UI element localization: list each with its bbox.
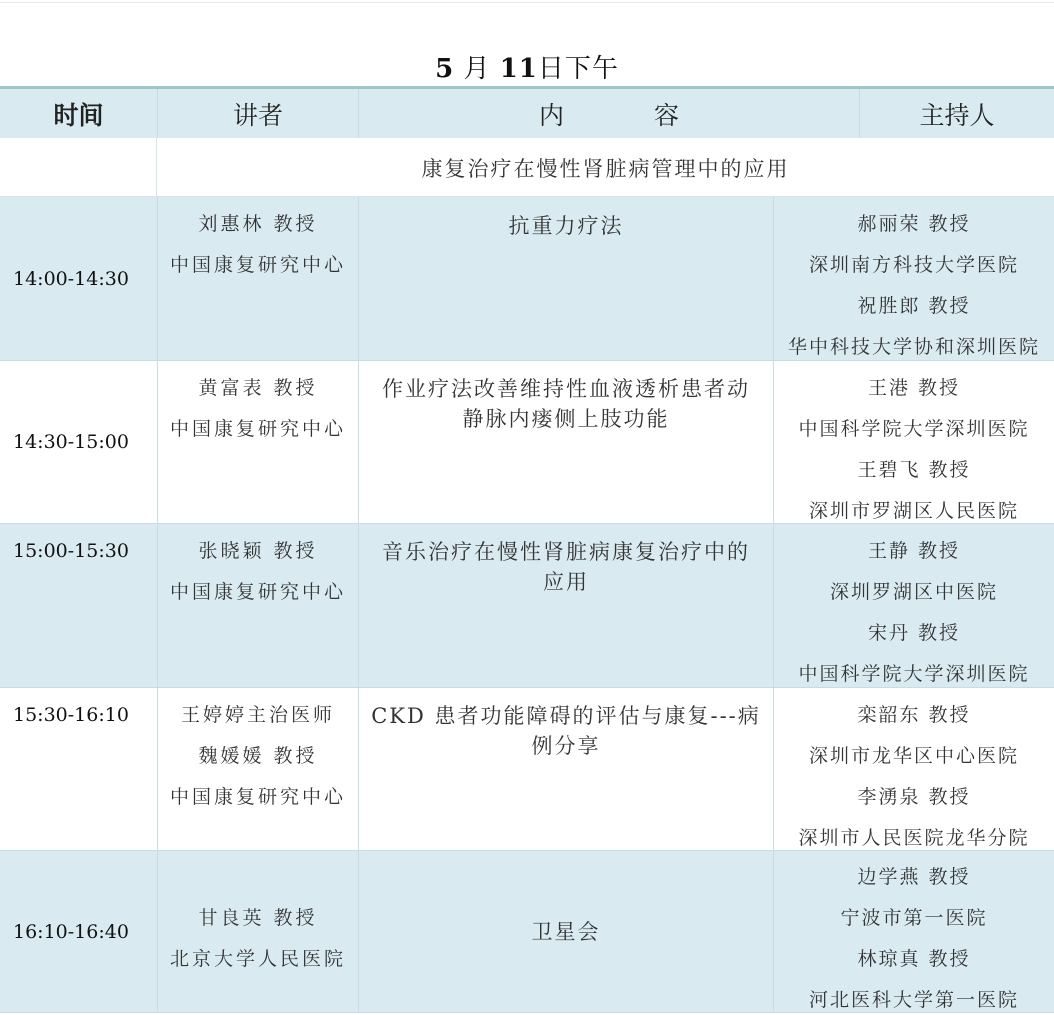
speaker-cell: 张晓颖 教授 中国康复研究中心 xyxy=(157,524,358,687)
header-speaker: 讲者 xyxy=(157,89,358,138)
speaker-line: 刘惠林 教授 xyxy=(158,204,358,245)
schedule-page: 5 月 11日下午 时间 讲者 内容 主持人 康复治疗在慢性肾脏病管理中的应用 … xyxy=(0,0,1054,1015)
table-row: 16:10-16:40 甘良英 教授 北京大学人民医院 卫星会 边学燕 教授 宁… xyxy=(0,851,1054,1013)
table-row: 14:00-14:30 刘惠林 教授 中国康复研究中心 抗重力疗法 郝丽荣 教授… xyxy=(0,197,1054,361)
table-row: 14:30-15:00 黄富表 教授 中国康复研究中心 作业疗法改善维持性血液透… xyxy=(0,361,1054,524)
host-line: 王碧飞 教授 xyxy=(774,450,1054,491)
speaker-line: 魏媛媛 教授 xyxy=(158,736,358,777)
schedule-title: 5 月 11日下午 xyxy=(0,48,1054,85)
content-line: 作业疗法改善维持性血液透析患者动 xyxy=(367,374,765,404)
time-cell: 14:00-14:30 xyxy=(0,197,157,360)
speaker-cell: 王婷婷主治医师 魏媛媛 教授 中国康复研究中心 xyxy=(157,688,358,850)
host-cell: 王港 教授 中国科学院大学深圳医院 王碧飞 教授 深圳市罗湖区人民医院 xyxy=(773,361,1054,523)
title-day-suffix: 日下午 xyxy=(538,54,619,84)
host-line: 祝胜郎 教授 xyxy=(774,286,1054,327)
header-time: 时间 xyxy=(0,89,157,138)
host-line: 王静 教授 xyxy=(774,531,1054,572)
content-line: 音乐治疗在慢性肾脏病康复治疗中的 xyxy=(367,537,765,567)
table-row: 15:00-15:30 张晓颖 教授 中国康复研究中心 音乐治疗在慢性肾脏病康复… xyxy=(0,524,1054,688)
content-line: CKD 患者功能障碍的评估与康复---病 xyxy=(367,701,765,731)
time-cell: 15:30-16:10 xyxy=(0,688,157,850)
time-cell: 15:00-15:30 xyxy=(0,524,157,687)
host-line: 宁波市第一医院 xyxy=(774,898,1054,939)
speaker-line: 张晓颖 教授 xyxy=(158,531,358,572)
content-cell: CKD 患者功能障碍的评估与康复---病 例分享 xyxy=(358,688,773,850)
content-cell: 作业疗法改善维持性血液透析患者动 静脉内瘘侧上肢功能 xyxy=(358,361,773,523)
section-empty-cell xyxy=(0,138,157,197)
time-cell: 14:30-15:00 xyxy=(0,361,157,523)
host-cell: 边学燕 教授 宁波市第一医院 林琼真 教授 河北医科大学第一医院 xyxy=(773,851,1054,1012)
speaker-cell: 黄富表 教授 中国康复研究中心 xyxy=(157,361,358,523)
title-day-number: 11 xyxy=(500,54,538,84)
host-line: 王港 教授 xyxy=(774,368,1054,409)
speaker-line: 黄富表 教授 xyxy=(158,368,358,409)
content-cell: 音乐治疗在慢性肾脏病康复治疗中的 应用 xyxy=(358,524,773,687)
header-content-left: 内 xyxy=(539,96,564,132)
header-content: 内容 xyxy=(358,89,859,138)
table-row: 15:30-16:10 王婷婷主治医师 魏媛媛 教授 中国康复研究中心 CKD … xyxy=(0,688,1054,851)
speaker-line: 北京大学人民医院 xyxy=(158,939,358,980)
header-content-right: 容 xyxy=(654,96,679,132)
content-line: 例分享 xyxy=(367,731,765,761)
host-line: 栾韶东 教授 xyxy=(774,695,1054,736)
speaker-line: 甘良英 教授 xyxy=(158,898,358,939)
speaker-line: 中国康复研究中心 xyxy=(158,409,358,450)
host-cell: 王静 教授 深圳罗湖区中医院 宋丹 教授 中国科学院大学深圳医院 xyxy=(773,524,1054,687)
content-line: 抗重力疗法 xyxy=(367,211,765,241)
top-divider xyxy=(0,2,1054,3)
host-line: 深圳市龙华区中心医院 xyxy=(774,736,1054,777)
host-cell: 郝丽荣 教授 深圳南方科技大学医院 祝胜郎 教授 华中科技大学协和深圳医院 xyxy=(773,197,1054,360)
host-line: 河北医科大学第一医院 xyxy=(774,980,1054,1015)
section-title: 康复治疗在慢性肾脏病管理中的应用 xyxy=(157,138,1054,197)
speaker-line: 中国康复研究中心 xyxy=(158,777,358,818)
section-row: 康复治疗在慢性肾脏病管理中的应用 xyxy=(0,138,1054,197)
content-cell: 卫星会 xyxy=(358,851,773,1012)
host-line: 边学燕 教授 xyxy=(774,857,1054,898)
host-cell: 栾韶东 教授 深圳市龙华区中心医院 李湧泉 教授 深圳市人民医院龙华分院 xyxy=(773,688,1054,850)
host-line: 中国科学院大学深圳医院 xyxy=(774,409,1054,450)
content-line: 卫星会 xyxy=(532,917,601,947)
table-header: 时间 讲者 内容 主持人 xyxy=(0,86,1054,138)
content-cell: 抗重力疗法 xyxy=(358,197,773,360)
title-month-number: 5 xyxy=(435,54,454,84)
speaker-cell: 甘良英 教授 北京大学人民医院 xyxy=(157,851,358,1012)
speaker-line: 王婷婷主治医师 xyxy=(158,695,358,736)
speaker-line: 中国康复研究中心 xyxy=(158,572,358,613)
content-line: 静脉内瘘侧上肢功能 xyxy=(367,404,765,434)
host-line: 深圳罗湖区中医院 xyxy=(774,572,1054,613)
host-line: 林琼真 教授 xyxy=(774,939,1054,980)
time-cell: 16:10-16:40 xyxy=(0,851,157,1012)
host-line: 李湧泉 教授 xyxy=(774,777,1054,818)
speaker-line: 中国康复研究中心 xyxy=(158,245,358,286)
header-host: 主持人 xyxy=(859,89,1054,138)
host-line: 深圳南方科技大学医院 xyxy=(774,245,1054,286)
speaker-cell: 刘惠林 教授 中国康复研究中心 xyxy=(157,197,358,360)
host-line: 宋丹 教授 xyxy=(774,613,1054,654)
title-month-label: 月 xyxy=(463,54,490,84)
host-line: 郝丽荣 教授 xyxy=(774,204,1054,245)
content-line: 应用 xyxy=(367,567,765,597)
